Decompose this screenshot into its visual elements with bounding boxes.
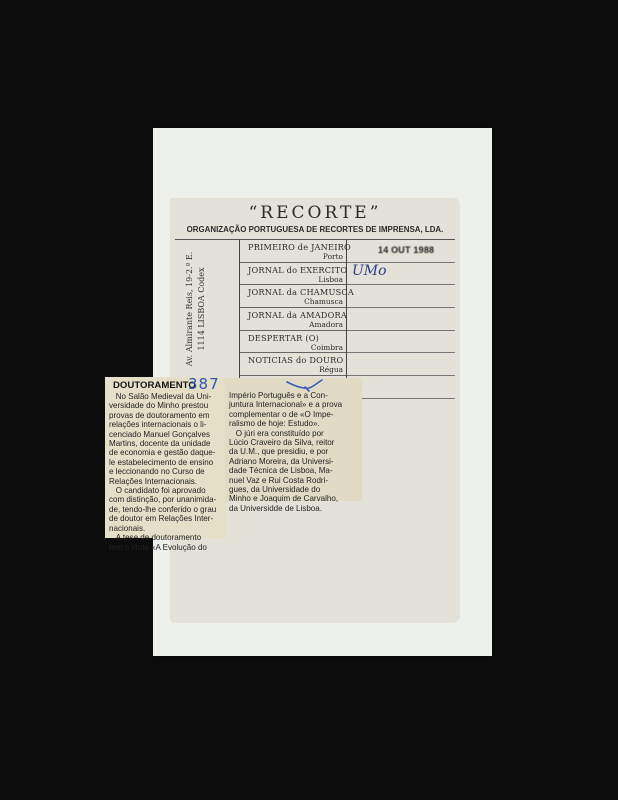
date-stamp: 14 OUT 1988 bbox=[378, 245, 434, 255]
publication-row: JORNAL da CHAMUSCA Chamusca bbox=[240, 285, 346, 308]
date-cell bbox=[347, 308, 455, 331]
clipping-line: tem o título «A Evolução do bbox=[109, 543, 222, 552]
publication-city: Régua bbox=[319, 365, 343, 374]
publication-name: NOTICIAS do DOURO bbox=[248, 355, 343, 365]
publication-row: PRIMEIRO de JANEIRO Porto bbox=[240, 240, 346, 263]
address-line-2: 1114 LISBOA Codex bbox=[196, 252, 208, 367]
publication-row: JORNAL do EXERCITO Lisboa bbox=[240, 263, 346, 286]
card-title: “RECORTE” bbox=[170, 203, 460, 223]
publication-city: Coimbra bbox=[311, 343, 343, 352]
pen-scribble-icon bbox=[285, 377, 325, 393]
publication-name: JORNAL da CHAMUSCA bbox=[248, 287, 354, 297]
clipping-line: da Universidde de Lisboa. bbox=[229, 504, 360, 513]
publication-row: NOTICIAS do DOURO Régua bbox=[240, 353, 346, 376]
card-subtitle: ORGANIZAÇÃO PORTUGUESA DE RECORTES DE IM… bbox=[182, 224, 449, 234]
publication-list: PRIMEIRO de JANEIRO Porto JORNAL do EXER… bbox=[240, 240, 346, 376]
date-cell bbox=[347, 353, 455, 376]
newspaper-clipping-left: DOUTORAMENTO 387 No Salão Medieval da Un… bbox=[105, 377, 226, 538]
publication-name: PRIMEIRO de JANEIRO bbox=[248, 242, 351, 252]
date-cell bbox=[347, 285, 455, 308]
clipping-headline: DOUTORAMENTO bbox=[113, 380, 196, 391]
publication-city: Lisboa bbox=[318, 275, 343, 284]
publication-city: Amadora bbox=[309, 320, 343, 329]
vertical-address: Av. Almirante Reis, 19-2.º E. 1114 LISBO… bbox=[176, 245, 216, 373]
publication-row: JORNAL da AMADORA Amadora bbox=[240, 308, 346, 331]
publication-row: DESPERTAR (O) Coimbra bbox=[240, 331, 346, 354]
publication-city: Porto bbox=[323, 252, 343, 261]
clipping-right-text: Império Português e a Con-juntura Intern… bbox=[229, 391, 360, 513]
publication-name: JORNAL da AMADORA bbox=[248, 310, 347, 320]
publication-city: Chamusca bbox=[304, 297, 343, 306]
address-line-1: Av. Almirante Reis, 19-2.º E. bbox=[184, 252, 196, 367]
date-cell bbox=[347, 376, 455, 399]
newspaper-clipping-right: Império Português e a Con-juntura Intern… bbox=[225, 378, 362, 501]
clipping-left-text: No Salão Medieval da Uni-versidade do Mi… bbox=[109, 392, 222, 552]
publication-name: JORNAL do EXERCITO bbox=[248, 265, 347, 275]
handwritten-note: UMo bbox=[352, 263, 387, 279]
date-cell bbox=[347, 331, 455, 354]
publication-name: DESPERTAR (O) bbox=[248, 333, 319, 343]
